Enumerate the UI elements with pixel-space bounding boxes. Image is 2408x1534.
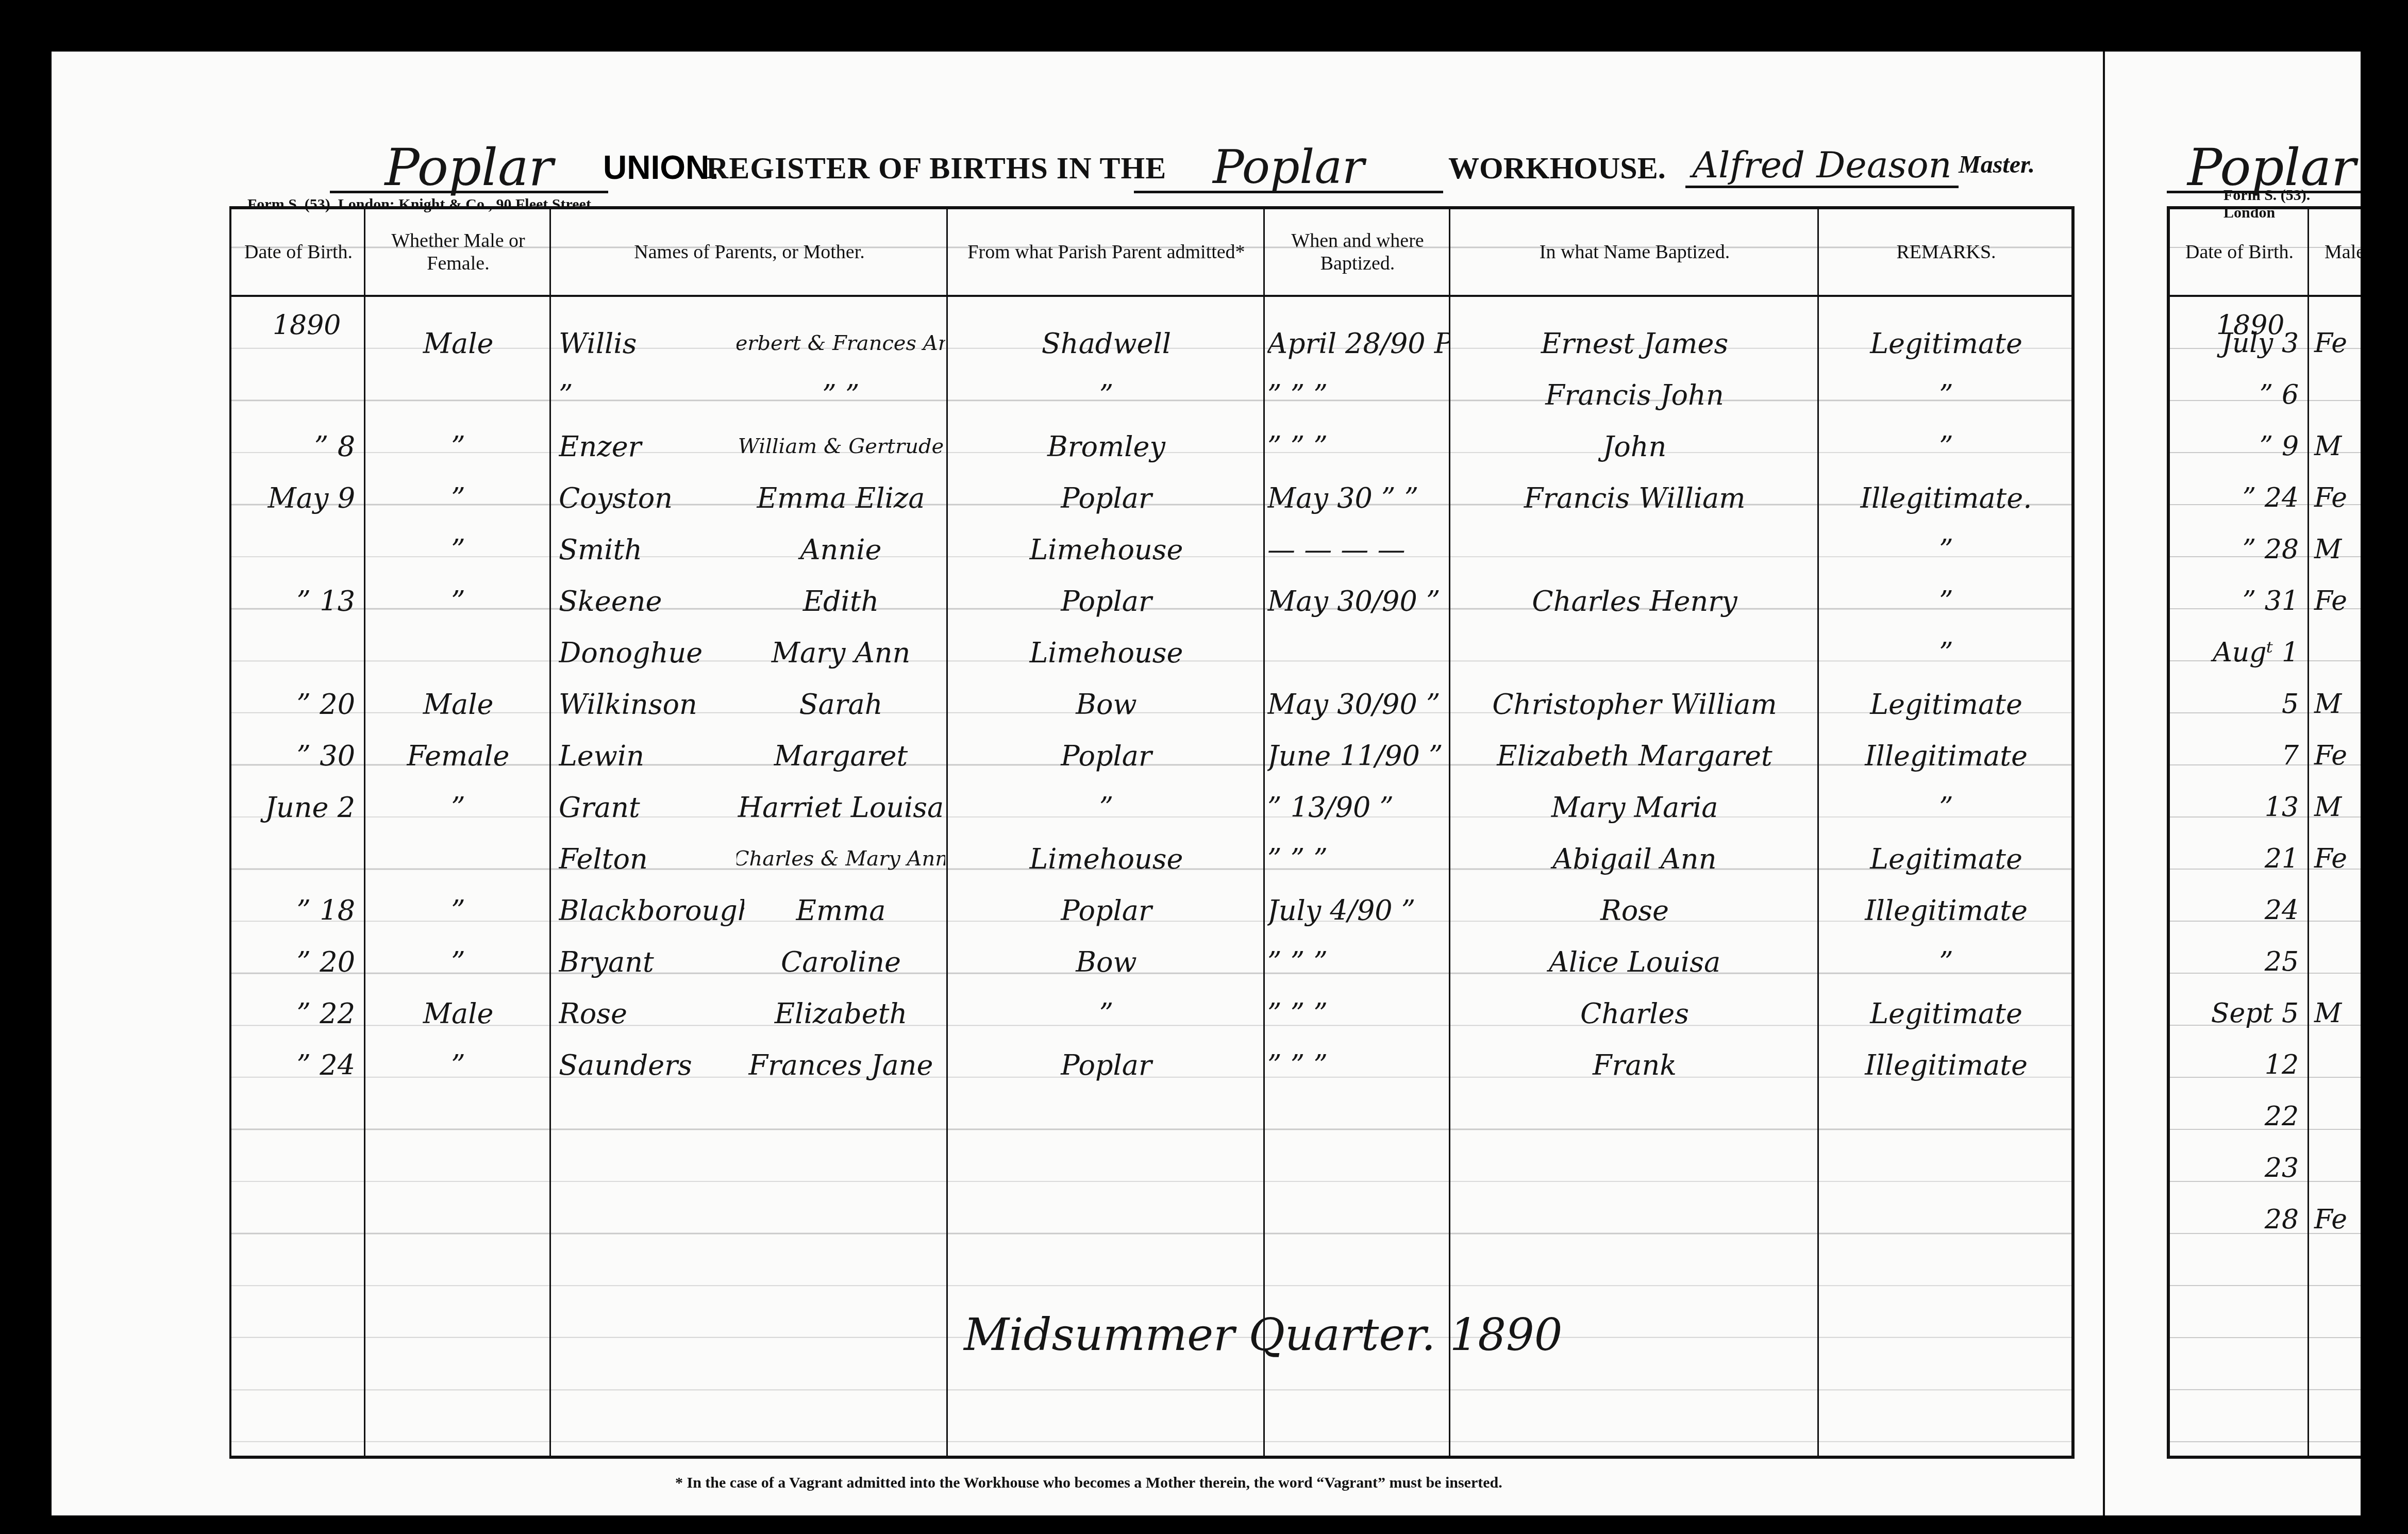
header-sex: Whether Male or Female.: [365, 209, 551, 297]
facing-sex-cell: Fe: [2314, 1194, 2347, 1245]
sex-cell: [365, 627, 551, 678]
baptized-when-cell: [1267, 627, 1450, 678]
facing-date-cell: ” 28: [2170, 524, 2299, 575]
remarks-cell: Illegitimate: [1819, 1039, 2073, 1091]
date-cell: [242, 627, 355, 678]
remarks-cell: ”: [1819, 421, 2073, 472]
parish-cell: Bow: [948, 678, 1265, 730]
facing-date-cell: ” 24: [2170, 472, 2299, 524]
baptized-when-cell: — — — —: [1267, 524, 1450, 575]
baptized-when-cell: ” ” ”: [1267, 369, 1450, 421]
facing-sex-cell: Fe: [2314, 833, 2347, 885]
remarks-cell: Legitimate: [1819, 318, 2073, 369]
date-cell: ” 20: [242, 936, 355, 988]
forenames-cell: Annie: [737, 524, 945, 575]
parish-cell: Bow: [948, 936, 1265, 988]
facing-date-cell: ” 9: [2170, 421, 2299, 472]
parish-cell: Bromley: [948, 421, 1265, 472]
facing-date-cell: 25: [2170, 936, 2299, 988]
sex-cell: Male: [365, 988, 551, 1039]
register-title: REGISTER OF BIRTHS IN THE: [706, 151, 1166, 186]
date-cell: ” 20: [242, 678, 355, 730]
table-row: ” 13”SkeeneEdithPoplarMay 30/90 ”Charles…: [231, 575, 2071, 627]
baptized-when-cell: May 30 ” ”: [1267, 472, 1450, 524]
remarks-cell: ”: [1819, 627, 2073, 678]
table-row: ” 8”EnzerWilliam & GertrudeBromley” ” ”J…: [231, 421, 2071, 472]
parish-cell: Limehouse: [948, 524, 1265, 575]
forenames-cell: Charles & Mary Ann: [737, 833, 945, 885]
surname-cell: Donoghue: [559, 627, 744, 678]
facing-sex-cell: Fe: [2314, 730, 2347, 781]
table-row: FeltonCharles & Mary AnnLimehouse” ” ”Ab…: [231, 833, 2071, 885]
parish-cell: ”: [948, 369, 1265, 421]
forenames-cell: Emma Eliza: [737, 472, 945, 524]
remarks-cell: ”: [1819, 369, 2073, 421]
baptized-name-cell: Francis William: [1450, 472, 1819, 524]
forenames-cell: Emma: [737, 885, 945, 936]
sex-cell: Male: [365, 318, 551, 369]
facing-date-cell: 13: [2170, 781, 2299, 833]
facing-header-date: Date of Birth.: [2170, 209, 2309, 297]
surname-cell: Enzer: [559, 421, 744, 472]
table-row: DonoghueMary AnnLimehouse”: [231, 627, 2071, 678]
header-date: Date of Birth.: [231, 209, 365, 297]
parish-cell: Poplar: [948, 1039, 1265, 1091]
parish-cell: Poplar: [948, 575, 1265, 627]
facing-date-cell: 7: [2170, 730, 2299, 781]
facing-union-name: Poplar: [2167, 144, 2373, 193]
baptized-name-cell: Rose: [1450, 885, 1819, 936]
remarks-cell: Illegitimate: [1819, 730, 2073, 781]
forenames-cell: Herbert & Frances Ann: [737, 318, 945, 369]
births-register-table: Date of Birth. Whether Male or Female. N…: [229, 206, 2075, 1459]
sex-cell: ”: [365, 421, 551, 472]
sex-cell: [365, 369, 551, 421]
facing-page: Poplar Form S. (53). London Date of Birt…: [2103, 52, 2363, 1515]
date-cell: ” 18: [242, 885, 355, 936]
facing-date-cell: Augᵗ 1: [2170, 627, 2299, 678]
forenames-cell: ” ”: [737, 369, 945, 421]
forenames-cell: Mary Ann: [737, 627, 945, 678]
parish-cell: Shadwell: [948, 318, 1265, 369]
date-cell: ” 8: [242, 421, 355, 472]
baptized-name-cell: Christopher William: [1450, 678, 1819, 730]
facing-date-cell: ” 6: [2170, 369, 2299, 421]
sex-cell: ”: [365, 524, 551, 575]
surname-cell: Rose: [559, 988, 744, 1039]
sex-cell: ”: [365, 936, 551, 988]
scan-border: [2361, 52, 2408, 1515]
baptized-when-cell: April 28/90 P.U.W.: [1267, 318, 1450, 369]
workhouse-label: WORKHOUSE.: [1448, 151, 1666, 186]
table-row: ” 22MaleRoseElizabeth”” ” ”CharlesLegiti…: [231, 988, 2071, 1039]
baptized-name-cell: John: [1450, 421, 1819, 472]
facing-sex-cell: Fe: [2314, 318, 2347, 369]
forenames-cell: William & Gertrude: [737, 421, 945, 472]
baptized-name-cell: [1450, 627, 1819, 678]
baptized-when-cell: ” ” ”: [1267, 988, 1450, 1039]
facing-sex-cell: M: [2314, 781, 2342, 833]
surname-cell: Grant: [559, 781, 744, 833]
workhouse-name: Poplar: [1134, 144, 1443, 193]
remarks-cell: Legitimate: [1819, 833, 2073, 885]
table-row: ” 30FemaleLewinMargaretPoplarJune 11/90 …: [231, 730, 2071, 781]
sex-cell: ”: [365, 1039, 551, 1091]
master-name: Alfred Deason: [1685, 144, 1959, 188]
table-row: ”SmithAnnieLimehouse— — — —”: [231, 524, 2071, 575]
table-row: ” 24”SaundersFrances JanePoplar” ” ”Fran…: [231, 1039, 2071, 1091]
master-label: Master.: [1959, 151, 2035, 179]
facing-table: Date of Birth. Male 1890 July 3Fe” 6” 9M…: [2167, 206, 2373, 1459]
sex-cell: ”: [365, 781, 551, 833]
baptized-when-cell: ” 13/90 ”: [1267, 781, 1450, 833]
header-parents: Names of Parents, or Mother.: [551, 209, 948, 297]
date-cell: May 9: [242, 472, 355, 524]
facing-date-cell: 22: [2170, 1091, 2299, 1142]
surname-cell: Bryant: [559, 936, 744, 988]
facing-date-cell: 24: [2170, 885, 2299, 936]
baptized-when-cell: ” ” ”: [1267, 421, 1450, 472]
baptized-when-cell: June 11/90 ”: [1267, 730, 1450, 781]
table-row: ” 20MaleWilkinsonSarahBowMay 30/90 ”Chri…: [231, 678, 2071, 730]
sex-cell: ”: [365, 472, 551, 524]
date-cell: June 2: [242, 781, 355, 833]
baptized-name-cell: Charles: [1450, 988, 1819, 1039]
surname-cell: Lewin: [559, 730, 744, 781]
baptized-name-cell: Charles Henry: [1450, 575, 1819, 627]
baptized-when-cell: ” ” ”: [1267, 833, 1450, 885]
parish-cell: Poplar: [948, 730, 1265, 781]
facing-date-cell: Sept 5: [2170, 988, 2299, 1039]
header-baptized-name: In what Name Baptized.: [1450, 209, 1819, 297]
date-cell: ” 22: [242, 988, 355, 1039]
parish-cell: Poplar: [948, 472, 1265, 524]
sex-cell: Male: [365, 678, 551, 730]
baptized-name-cell: Ernest James: [1450, 318, 1819, 369]
facing-sex-cell: M: [2314, 988, 2342, 1039]
table-row: ” 20”BryantCarolineBow” ” ”Alice Louisa”: [231, 936, 2071, 988]
parish-cell: Limehouse: [948, 627, 1265, 678]
facing-date-cell: 23: [2170, 1142, 2299, 1194]
remarks-cell: ”: [1819, 781, 2073, 833]
union-name: Poplar: [330, 144, 608, 193]
union-label: UNION.: [603, 148, 718, 187]
sex-cell: [365, 833, 551, 885]
forenames-cell: Frances Jane: [737, 1039, 945, 1091]
baptized-name-cell: Alice Louisa: [1450, 936, 1819, 988]
parish-cell: ”: [948, 781, 1265, 833]
date-cell: [242, 318, 355, 369]
facing-sex-cell: Fe: [2314, 472, 2347, 524]
surname-cell: Skeene: [559, 575, 744, 627]
surname-cell: Wilkinson: [559, 678, 744, 730]
sex-cell: Female: [365, 730, 551, 781]
baptized-name-cell: Abigail Ann: [1450, 833, 1819, 885]
table-row: June 2”GrantHarriet Louisa”” 13/90 ”Mary…: [231, 781, 2071, 833]
surname-cell: Felton: [559, 833, 744, 885]
facing-date-cell: ” 31: [2170, 575, 2299, 627]
sex-cell: ”: [365, 575, 551, 627]
date-cell: [242, 524, 355, 575]
baptized-when-cell: May 30/90 ”: [1267, 575, 1450, 627]
register-page: Poplar UNION. REGISTER OF BIRTHS IN THE …: [52, 52, 2103, 1515]
table-row: ” 18”BlackboroughEmmaPoplarJuly 4/90 ”Ro…: [231, 885, 2071, 936]
parish-cell: Limehouse: [948, 833, 1265, 885]
forenames-cell: Caroline: [737, 936, 945, 988]
remarks-cell: Legitimate: [1819, 988, 2073, 1039]
forenames-cell: Margaret: [737, 730, 945, 781]
date-cell: ” 30: [242, 730, 355, 781]
forenames-cell: Sarah: [737, 678, 945, 730]
parish-cell: ”: [948, 988, 1265, 1039]
sex-cell: ”: [365, 885, 551, 936]
surname-cell: Coyston: [559, 472, 744, 524]
remarks-cell: ”: [1819, 575, 2073, 627]
footnote: * In the case of a Vagrant admitted into…: [675, 1474, 1502, 1492]
facing-sex-cell: M: [2314, 678, 2342, 730]
date-cell: [242, 833, 355, 885]
table-row: ”” ””” ” ”Francis John”: [231, 369, 2071, 421]
header-remarks: REMARKS.: [1819, 209, 2073, 297]
date-cell: ” 24: [242, 1039, 355, 1091]
baptized-when-cell: ” ” ”: [1267, 1039, 1450, 1091]
baptized-name-cell: Elizabeth Margaret: [1450, 730, 1819, 781]
facing-date-cell: July 3: [2170, 318, 2299, 369]
remarks-cell: Legitimate: [1819, 678, 2073, 730]
remarks-cell: Illegitimate.: [1819, 472, 2073, 524]
facing-date-cell: 12: [2170, 1039, 2299, 1091]
baptized-name-cell: Frank: [1450, 1039, 1819, 1091]
quarter-note: Midsummer Quarter. 1890: [964, 1309, 1563, 1361]
baptized-name-cell: Mary Maria: [1450, 781, 1819, 833]
remarks-cell: ”: [1819, 524, 2073, 575]
remarks-cell: Illegitimate: [1819, 885, 2073, 936]
surname-cell: Willis: [559, 318, 744, 369]
date-cell: ” 13: [242, 575, 355, 627]
header-parish: From what Parish Parent admitted*: [948, 209, 1265, 297]
facing-date-cell: 5: [2170, 678, 2299, 730]
facing-date-cell: 21: [2170, 833, 2299, 885]
surname-cell: ”: [559, 369, 744, 421]
baptized-when-cell: July 4/90 ”: [1267, 885, 1450, 936]
surname-cell: Saunders: [559, 1039, 744, 1091]
remarks-cell: ”: [1819, 936, 2073, 988]
date-cell: [242, 369, 355, 421]
facing-date-cell: 28: [2170, 1194, 2299, 1245]
forenames-cell: Edith: [737, 575, 945, 627]
baptized-name-cell: Francis John: [1450, 369, 1819, 421]
facing-sex-cell: Fe: [2314, 575, 2347, 627]
baptized-when-cell: ” ” ”: [1267, 936, 1450, 988]
forenames-cell: Elizabeth: [737, 988, 945, 1039]
surname-cell: Smith: [559, 524, 744, 575]
baptized-name-cell: [1450, 524, 1819, 575]
facing-sex-cell: M: [2314, 524, 2342, 575]
baptized-when-cell: May 30/90 ”: [1267, 678, 1450, 730]
table-row: May 9”CoystonEmma ElizaPoplarMay 30 ” ”F…: [231, 472, 2071, 524]
parish-cell: Poplar: [948, 885, 1265, 936]
surname-cell: Blackborough: [559, 885, 744, 936]
forenames-cell: Harriet Louisa: [737, 781, 945, 833]
header-baptized-when: When and where Baptized.: [1265, 209, 1450, 297]
facing-sex-cell: M: [2314, 421, 2342, 472]
table-row: MaleWillisHerbert & Frances AnnShadwellA…: [231, 318, 2071, 369]
